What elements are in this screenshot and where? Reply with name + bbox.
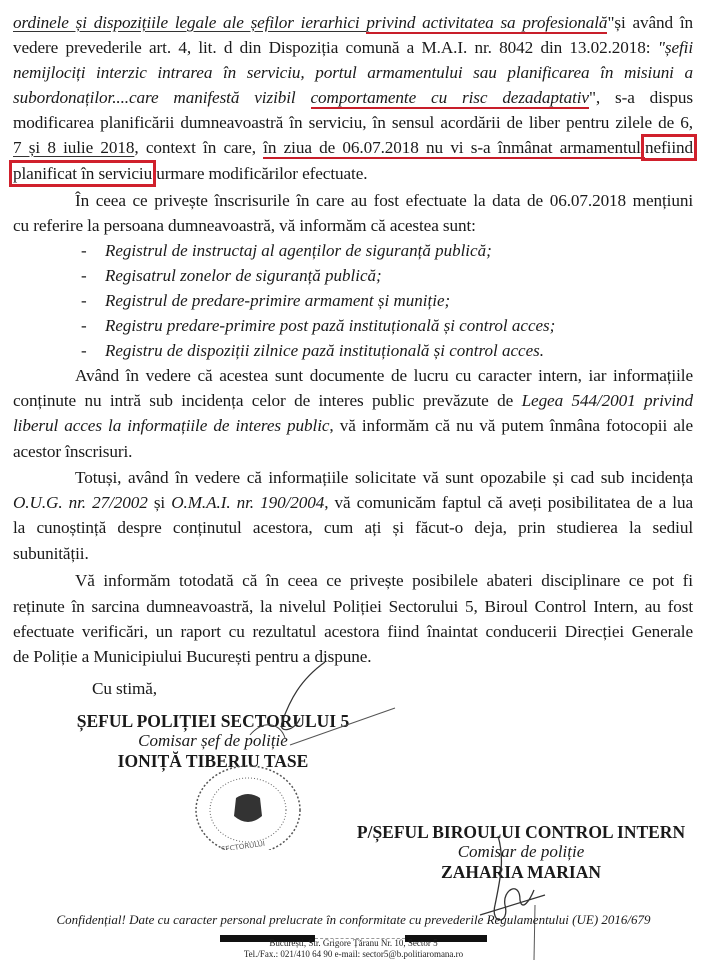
closing-salutation: Cu stimă, (92, 677, 157, 701)
para4-line1: Totuși, având în vedere că informațiile … (75, 466, 693, 490)
register-item: -Regisatrul zonelor de siguranță publică… (105, 264, 382, 288)
para2-line1: În ceea ce privește înscrisurile în care… (75, 189, 693, 213)
para1-line6: 7 și 8 iulie 2018, context în care, în z… (13, 136, 693, 160)
red-boxed-phrase: nefiind (645, 138, 693, 157)
para3-line4: acestor înscrisuri. (13, 440, 693, 464)
register-item: -Registru predare-primire post pază inst… (105, 314, 555, 338)
address-line: București, Str. Grigore Țăranu Nr. 10, S… (0, 938, 707, 960)
signatory-title: ȘEFUL POLIȚIEI SECTORULUI 5 (68, 711, 358, 731)
para4-line3: la cunoștință despre conținutul acestora… (13, 516, 693, 540)
register-item: -Registrul de predare-primire armament ș… (105, 289, 450, 313)
scanned-letter-page: ordinele și dispozițiile legale ale șefi… (0, 0, 707, 960)
para1-line1: ordinele și dispozițiile legale ale șefi… (13, 11, 693, 35)
red-underlined-phrase: privind activitatea sa profesională (366, 13, 607, 34)
signatory-name: ZAHARIA MARIAN (335, 862, 707, 882)
red-underlined-phrase: comportamente cu risc dezadaptativ (311, 88, 589, 109)
para5-line3: efectuate verificări, un raport cu rezul… (13, 620, 693, 644)
para4-line4: subunității. (13, 542, 693, 566)
para4-line2: O.U.G. nr. 27/2002 și O.M.A.I. nr. 190/2… (13, 491, 693, 515)
para5-line4: de Poliție a Municipiului București pent… (13, 645, 693, 669)
signatory-rank: Comisar de poliție (335, 842, 707, 862)
para3-line1: Având în vedere că acestea sunt document… (75, 364, 693, 388)
signature-block-internal-control: P/ȘEFUL BIROULUI CONTROL INTERN Comisar … (335, 822, 707, 882)
signatory-title: P/ȘEFUL BIROULUI CONTROL INTERN (335, 822, 707, 842)
para1-line4: subordonaților....care manifestă vizibil… (13, 86, 693, 110)
para1-line5: modificarea planificării dumneavoastră î… (13, 111, 693, 135)
para3-line3: liberul acces la informațiile de interes… (13, 414, 693, 438)
para1-line3: nemijlociți interzic intrarea în servici… (13, 61, 693, 85)
red-boxed-phrase: planificat în serviciu (13, 164, 152, 183)
register-item: -Registrul de instructaj al agenților de… (105, 239, 492, 263)
para5-line1: Vă informăm totodată că în ceea ce prive… (75, 569, 693, 593)
red-underlined-phrase: în ziua de 06.07.2018 nu vi s-a înmânat … (263, 138, 645, 159)
para3-line2: conținute nu intră sub incidența celor d… (13, 389, 693, 413)
para5-line2: reținute în sarcina dumneavoastră, la ni… (13, 595, 693, 619)
para1-line2: vedere prevederile art. 4, lit. d din Di… (13, 36, 693, 60)
para2-line2: cu referire la persoana dumneavoastră, v… (13, 214, 693, 238)
register-item: -Registru de dispoziții zilnice pază ins… (105, 339, 544, 363)
para1-line7: planificat în serviciu urmare modificări… (13, 162, 693, 186)
official-stamp-icon: SECTORULUI (190, 760, 310, 850)
signatory-rank: Comisar șef de poliție (68, 731, 358, 751)
confidentiality-notice: Confidențial! Date cu caracter personal … (0, 912, 707, 928)
orders-phrase: ordinele și dispozițiile legale ale șefi… (13, 13, 366, 32)
